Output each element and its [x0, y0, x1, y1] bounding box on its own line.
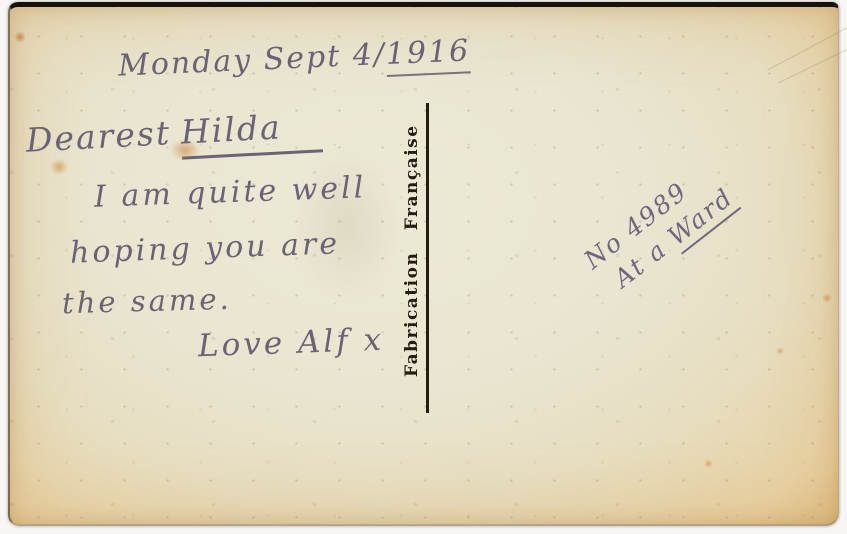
stain-spot [14, 31, 26, 43]
salutation-prefix: Dearest [25, 113, 172, 160]
date-main: Monday Sept 4/ [117, 37, 386, 84]
salutation-name: Hilda [180, 105, 323, 159]
corner-crease [767, 25, 847, 71]
message-line: I am quite well [93, 170, 366, 214]
salutation: DearestHilda [25, 105, 323, 167]
diagonal-note: No 4989 At a Ward [578, 156, 740, 303]
message-line: hoping you are [69, 226, 340, 270]
date-line: Monday Sept 4/1916 [117, 33, 471, 83]
stain-spot [822, 293, 832, 303]
stain-spot [776, 347, 784, 355]
signature: Love Alf x [197, 322, 384, 364]
divider-rule [426, 103, 429, 413]
postcard-back: Monday Sept 4/1916 DearestHilda I am qui… [8, 2, 839, 526]
corner-crease [778, 48, 847, 84]
date-year: 1916 [385, 33, 471, 77]
stain-spot [704, 459, 713, 468]
printed-label: Fabrication Française [402, 147, 424, 377]
message-line: the same. [62, 282, 233, 320]
